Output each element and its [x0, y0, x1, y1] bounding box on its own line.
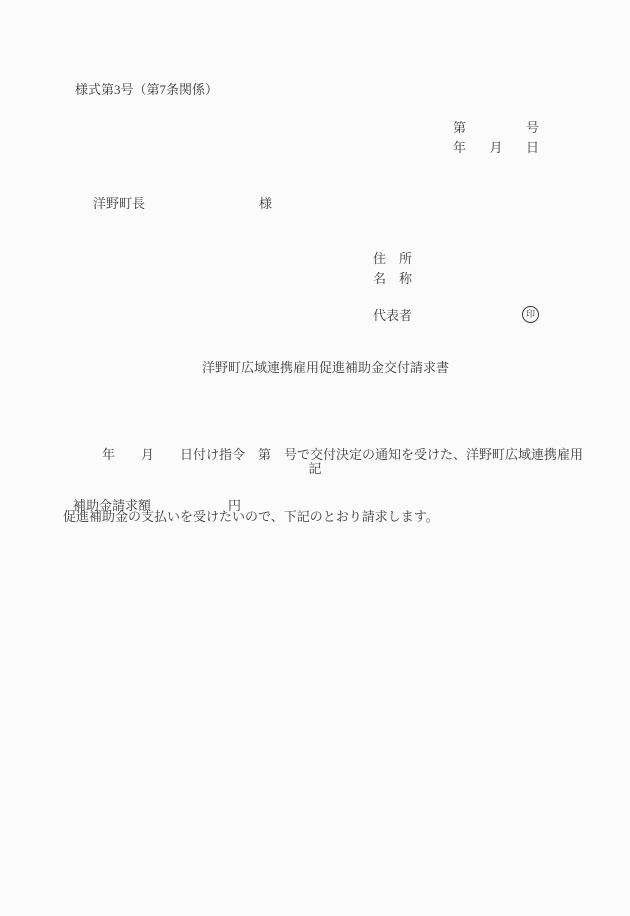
applicant-representative-label: 代表者: [373, 308, 412, 324]
applicant-name-label: 名 称: [373, 271, 412, 287]
seal-character: 印: [526, 310, 535, 319]
date-line: 年 月 日: [453, 140, 539, 156]
addressee-honorific: 様: [259, 196, 272, 212]
body-paragraph: 年 月 日付け指令 第 号で交付決定の通知を受けた、洋野町広域連携雇用 促進補助…: [63, 404, 583, 568]
doc-number-prefix: 第: [453, 120, 466, 136]
addressee-name: 洋野町長: [93, 196, 145, 212]
seal-icon: 印: [522, 306, 539, 323]
date-month-label: 月: [489, 140, 502, 156]
addressee-line: 洋野町長 様: [93, 196, 272, 212]
form-number: 様式第3号（第7条関係）: [75, 82, 218, 98]
request-amount-unit: 円: [228, 498, 241, 514]
doc-number-line: 第 号: [453, 120, 539, 136]
document-title: 洋野町広域連携雇用促進補助金交付請求書: [202, 360, 449, 376]
request-amount-label: 補助金請求額: [73, 498, 151, 514]
date-day-label: 日: [526, 140, 539, 156]
applicant-address-label: 住 所: [373, 251, 412, 267]
doc-number-suffix: 号: [526, 120, 539, 136]
form-page: 様式第3号（第7条関係） 第 号 年 月 日 洋野町長 様 住 所 名 称 代表…: [0, 0, 630, 916]
date-year-label: 年: [453, 140, 466, 156]
notation-ki: 記: [0, 461, 630, 477]
